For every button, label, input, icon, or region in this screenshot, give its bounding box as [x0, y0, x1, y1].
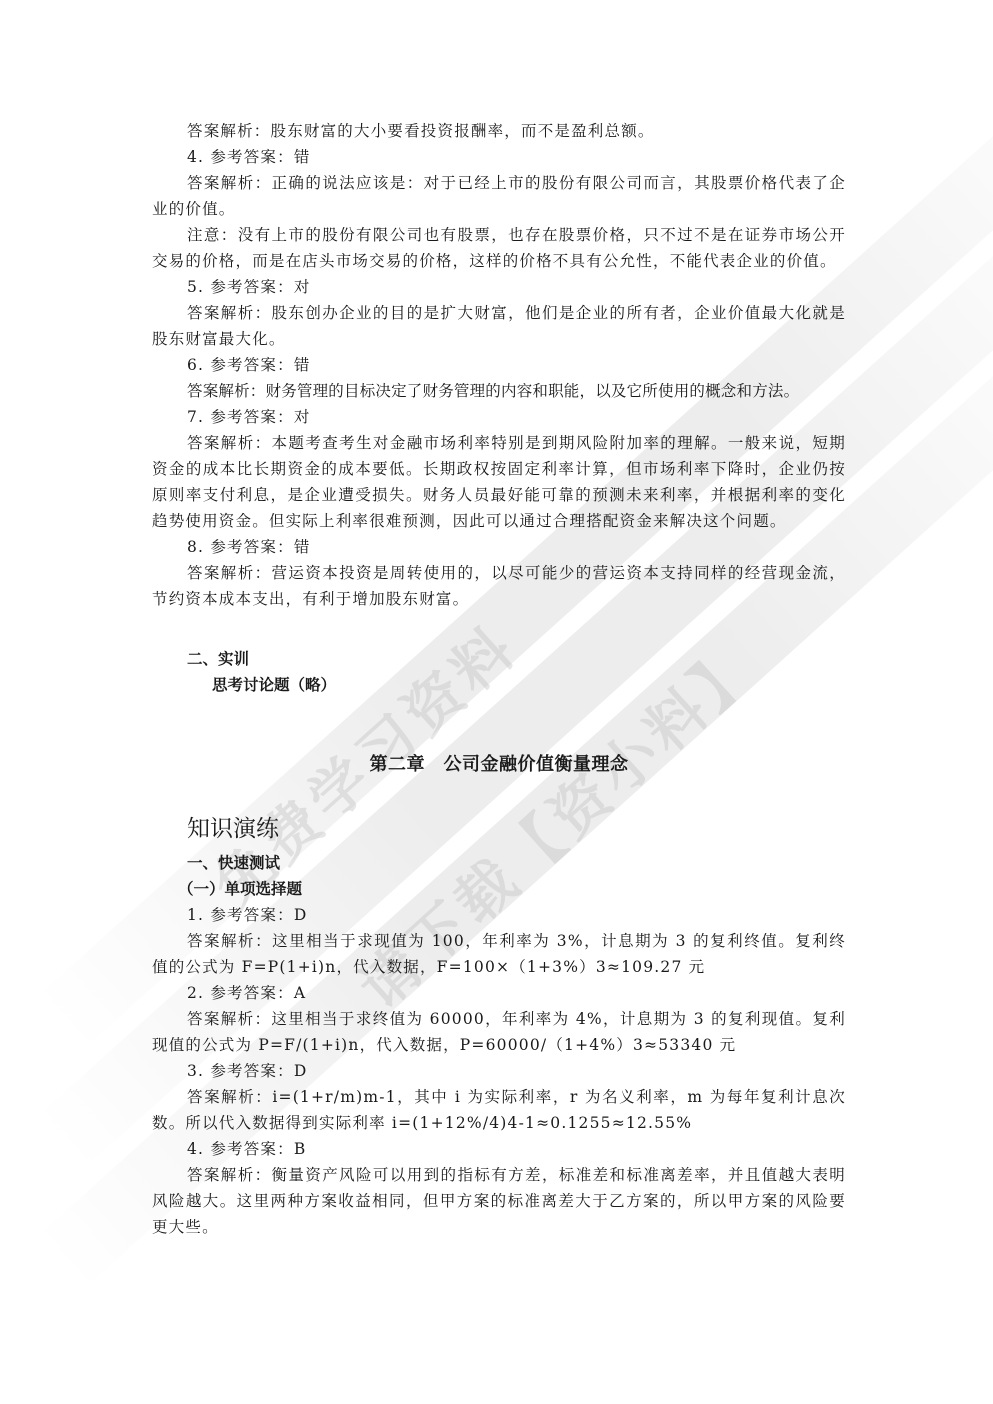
analysis-text: 答案解析：股东创办企业的目的是扩大财富，他们是企业的所有者，企业价值最大化就是股… — [152, 300, 846, 352]
analysis-text: 答案解析：这里相当于求终值为 60000，年利率为 4%，计息期为 3 的复利现… — [152, 1006, 846, 1058]
single-choice-heading: （一）单项选择题 — [152, 876, 846, 902]
document-page: 答案解析：股东财富的大小要看投资报酬率，而不是盈利总额。 4. 参考答案：错 答… — [152, 118, 846, 1240]
answer-line: 4. 参考答案：B — [152, 1136, 846, 1162]
training-heading: 二、实训 — [152, 646, 846, 672]
analysis-text: 答案解析：衡量资产风险可以用到的指标有方差，标准差和标准离差率，并且值越大表明风… — [152, 1162, 846, 1240]
answer-line: 6. 参考答案：错 — [152, 352, 846, 378]
note-text: 注意：没有上市的股份有限公司也有股票，也存在股票价格，只不过不是在证券市场公开交… — [152, 222, 846, 274]
answer-line: 4. 参考答案：错 — [152, 144, 846, 170]
answer-line: 2. 参考答案：A — [152, 980, 846, 1006]
training-subheading: 思考讨论题（略） — [152, 672, 846, 698]
analysis-text: 答案解析：正确的说法应该是：对于已经上市的股份有限公司而言，其股票价格代表了企业… — [152, 170, 846, 222]
analysis-text: 答案解析：本题考查考生对金融市场利率特别是到期风险附加率的理解。一般来说，短期资… — [152, 430, 846, 534]
section-title: 知识演练 — [152, 816, 846, 842]
answer-line: 1. 参考答案：D — [152, 902, 846, 928]
analysis-text: 答案解析：这里相当于求现值为 100，年利率为 3%，计息期为 3 的复利终值。… — [152, 928, 846, 980]
answer-line: 3. 参考答案：D — [152, 1058, 846, 1084]
analysis-text: 答案解析：营运资本投资是周转使用的，以尽可能少的营运资本支持同样的经营现金流，节… — [152, 560, 846, 612]
quick-test-heading: 一、快速测试 — [152, 850, 846, 876]
answer-line: 5. 参考答案：对 — [152, 274, 846, 300]
analysis-text: 答案解析：股东财富的大小要看投资报酬率，而不是盈利总额。 — [152, 118, 846, 144]
chapter-title: 第二章 公司金融价值衡量理念 — [152, 752, 846, 778]
analysis-text: 答案解析：i=(1+r/m)m-1，其中 i 为实际利率，r 为名义利率，m 为… — [152, 1084, 846, 1136]
answer-line: 7. 参考答案：对 — [152, 404, 846, 430]
answer-line: 8. 参考答案：错 — [152, 534, 846, 560]
analysis-text: 答案解析：财务管理的目标决定了财务管理的内容和职能，以及它所使用的概念和方法。 — [152, 378, 846, 404]
